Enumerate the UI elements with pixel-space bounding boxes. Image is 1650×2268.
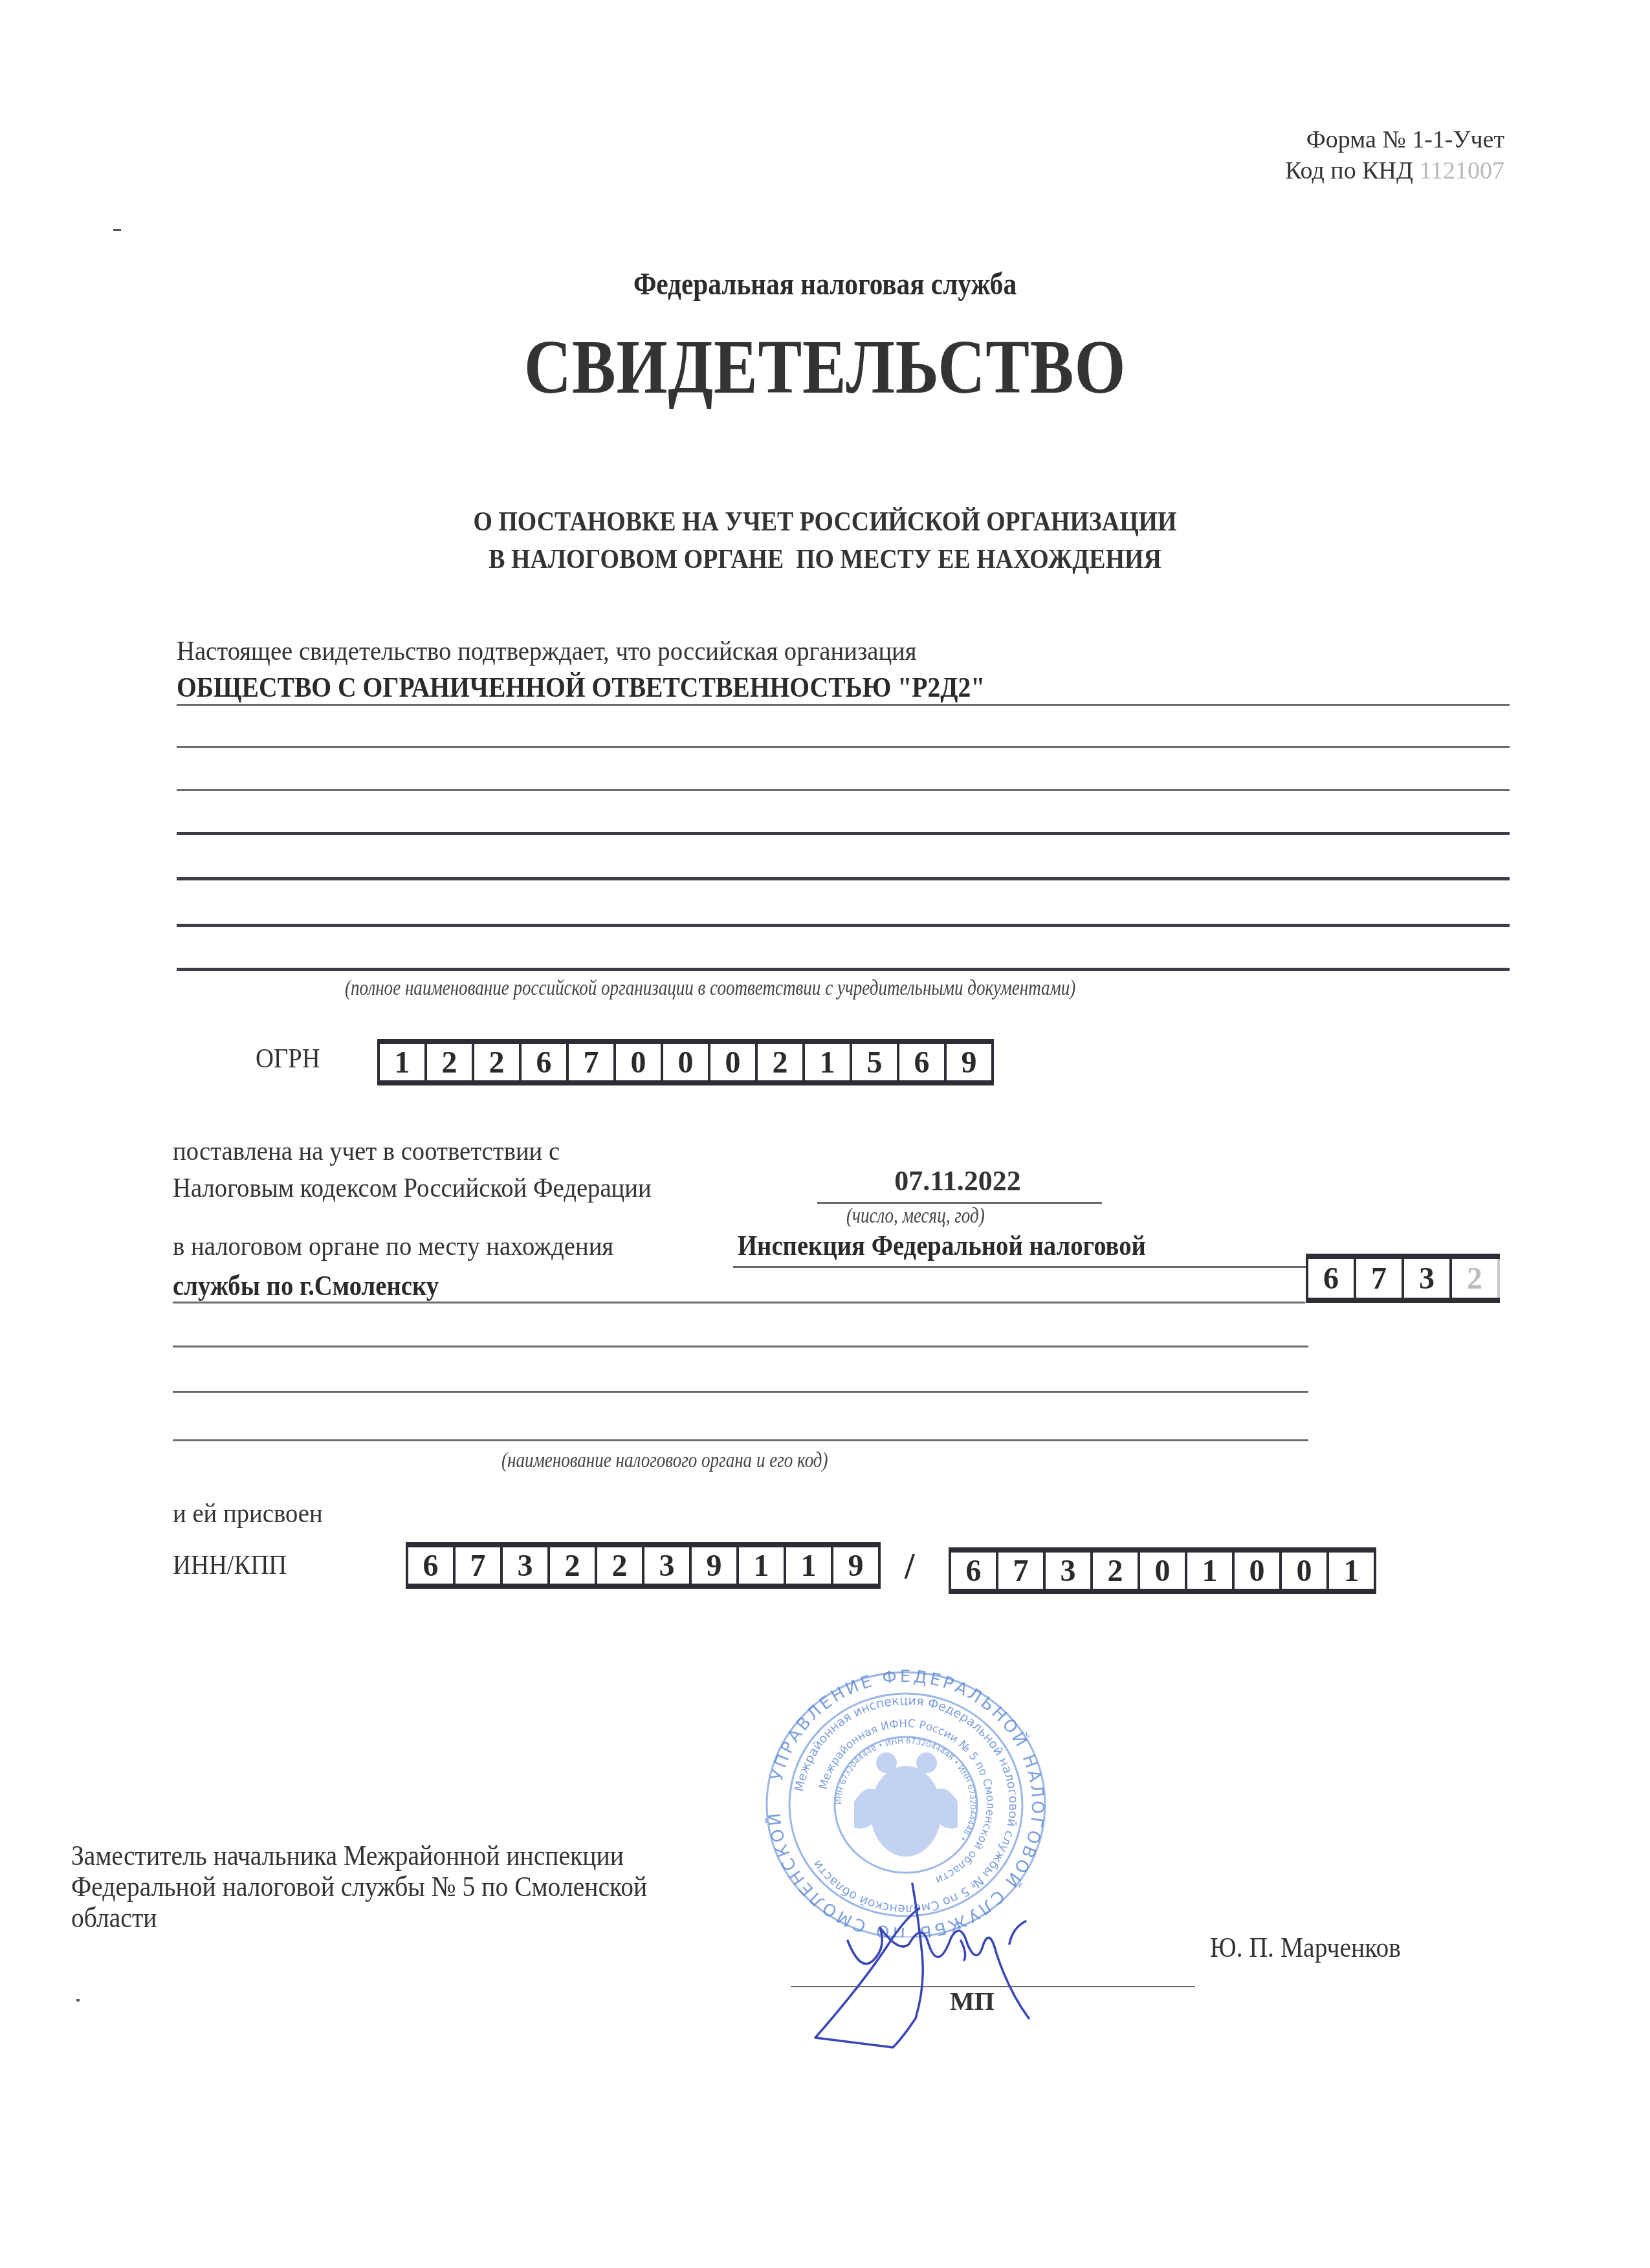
kpp-digit-cell: 1 bbox=[1329, 1553, 1376, 1589]
ogrn-digit-cell: 1 bbox=[805, 1044, 852, 1080]
kpp-digit-cell: 0 bbox=[1140, 1553, 1187, 1589]
name-line-2 bbox=[177, 746, 1510, 748]
date-underline bbox=[817, 1202, 1102, 1204]
kpp-digit-cell: 6 bbox=[951, 1553, 998, 1589]
kpp-digit-cell: 2 bbox=[1093, 1553, 1140, 1589]
inn-digit-cell: 7 bbox=[456, 1547, 503, 1584]
date-caption: (число, месяц, год) bbox=[846, 1205, 985, 1228]
document-title: СВИДЕТЕЛЬСТВО bbox=[116, 323, 1535, 411]
ogrn-digit-cell: 6 bbox=[899, 1044, 947, 1080]
tax-authority-code-digit-cell: 2 bbox=[1452, 1259, 1500, 1298]
tax-authority-name-line-2: службы по г.Смоленску bbox=[173, 1269, 439, 1302]
handwritten-signature bbox=[789, 1824, 1126, 2057]
form-identifier: Форма № 1-1-Учет Код по КНД 1121007 bbox=[1285, 124, 1504, 186]
inn-digit-cell: 2 bbox=[597, 1547, 644, 1584]
ogrn-digit-cell: 2 bbox=[427, 1044, 474, 1080]
organization-intro: Настоящее свидетельство подтверждает, чт… bbox=[177, 635, 917, 667]
inn-digit-cell: 1 bbox=[739, 1547, 786, 1584]
tax-authority-code-digit-cell: 7 bbox=[1356, 1259, 1404, 1298]
signer-position-line-3: области bbox=[71, 1903, 647, 1934]
tax-authority-label: в налоговом органе по месту нахождения bbox=[173, 1230, 613, 1262]
ogrn-digit-grid: 1226700021569 bbox=[377, 1039, 994, 1085]
ogrn-label: ОГРН bbox=[256, 1043, 320, 1074]
kpp-digit-grid: 673201001 bbox=[949, 1547, 1376, 1594]
tax-authority-code-digit-cell: 6 bbox=[1308, 1259, 1356, 1298]
name-line-4 bbox=[177, 832, 1510, 835]
inn-digit-cell: 9 bbox=[833, 1547, 881, 1584]
ogrn-digit-cell: 0 bbox=[710, 1044, 758, 1080]
ogrn-digit-cell: 2 bbox=[758, 1044, 805, 1080]
assignment-text: и ей присвоен bbox=[173, 1498, 323, 1529]
inn-digit-cell: 3 bbox=[503, 1547, 550, 1584]
organization-full-name: ОБЩЕСТВО С ОГРАНИЧЕННОЙ ОТВЕТСТВЕННОСТЬЮ… bbox=[177, 671, 985, 704]
inn-digit-cell: 9 bbox=[692, 1547, 739, 1584]
registration-date: 07.11.2022 bbox=[819, 1164, 1097, 1197]
knd-code-line: Код по КНД 1121007 bbox=[1285, 155, 1504, 186]
signer-position: Заместитель начальника Межрайонной инспе… bbox=[71, 1840, 647, 1934]
scan-mark bbox=[113, 229, 121, 231]
agency-name: Федеральная налоговая служба bbox=[116, 267, 1535, 302]
knd-code: 1121007 bbox=[1419, 157, 1504, 184]
name-line-6 bbox=[177, 924, 1510, 927]
authority-line-3 bbox=[173, 1346, 1308, 1347]
ogrn-digit-cell: 1 bbox=[380, 1044, 427, 1080]
document-subtitle: О ПОСТАНОВКЕ НА УЧЕТ РОССИЙСКОЙ ОРГАНИЗА… bbox=[99, 503, 1551, 578]
subtitle-line-2: В НАЛОГОВОМ ОРГАНЕ ПО МЕСТУ ЕЕ НАХОЖДЕНИ… bbox=[99, 541, 1551, 578]
ogrn-digit-cell: 0 bbox=[663, 1044, 710, 1080]
name-line-1 bbox=[177, 704, 1510, 706]
kpp-digit-cell: 3 bbox=[1046, 1553, 1093, 1589]
name-line-5 bbox=[177, 877, 1510, 880]
tax-authority-code-digit-cell: 3 bbox=[1404, 1259, 1452, 1298]
inn-digit-cell: 3 bbox=[644, 1547, 692, 1584]
kpp-digit-cell: 0 bbox=[1282, 1553, 1329, 1589]
authority-line-1 bbox=[733, 1266, 1306, 1268]
registration-text-line-2: Налоговым кодексом Российской Федерации bbox=[173, 1172, 652, 1204]
authority-line-5 bbox=[173, 1439, 1308, 1441]
inn-digit-cell: 6 bbox=[408, 1547, 456, 1584]
signer-position-line-2: Федеральной налоговой службы № 5 по Смол… bbox=[71, 1871, 647, 1903]
kpp-digit-cell: 0 bbox=[1235, 1553, 1282, 1589]
inn-digit-cell: 1 bbox=[786, 1547, 833, 1584]
registration-text-line-1: поставлена на учет в соответствии с bbox=[173, 1135, 560, 1167]
name-line-7 bbox=[177, 968, 1510, 971]
knd-prefix: Код по КНД bbox=[1285, 157, 1419, 184]
form-number: Форма № 1-1-Учет bbox=[1285, 124, 1504, 155]
signer-name: Ю. П. Марченков bbox=[1210, 1931, 1401, 1964]
tax-authority-code-grid: 6732 bbox=[1306, 1254, 1500, 1303]
inn-digit-grid: 6732239119 bbox=[406, 1542, 881, 1589]
scan-mark bbox=[76, 1999, 80, 2001]
ogrn-digit-cell: 6 bbox=[522, 1044, 569, 1080]
signer-position-line-1: Заместитель начальника Межрайонной инспе… bbox=[71, 1840, 647, 1871]
ogrn-digit-cell: 0 bbox=[616, 1044, 663, 1080]
authority-line-4 bbox=[173, 1391, 1308, 1393]
inn-kpp-label: ИНН/КПП bbox=[173, 1549, 287, 1581]
kpp-digit-cell: 7 bbox=[998, 1553, 1046, 1589]
inn-digit-cell: 2 bbox=[550, 1547, 597, 1584]
kpp-digit-cell: 1 bbox=[1187, 1553, 1235, 1589]
tax-authority-caption: (наименование налогового органа и его ко… bbox=[501, 1449, 828, 1473]
organization-name-caption: (полное наименование российской организа… bbox=[345, 977, 1075, 1001]
ogrn-digit-cell: 2 bbox=[474, 1044, 522, 1080]
ogrn-digit-cell: 7 bbox=[569, 1044, 616, 1080]
subtitle-line-1: О ПОСТАНОВКЕ НА УЧЕТ РОССИЙСКОЙ ОРГАНИЗА… bbox=[99, 503, 1551, 541]
ogrn-digit-cell: 5 bbox=[852, 1044, 899, 1080]
name-line-3 bbox=[177, 789, 1510, 791]
tax-authority-name-line-1: Инспекция Федеральной налоговой bbox=[738, 1229, 1146, 1262]
ogrn-digit-cell: 9 bbox=[947, 1044, 994, 1080]
inn-kpp-separator: / bbox=[905, 1546, 915, 1587]
authority-line-2 bbox=[173, 1302, 1305, 1303]
